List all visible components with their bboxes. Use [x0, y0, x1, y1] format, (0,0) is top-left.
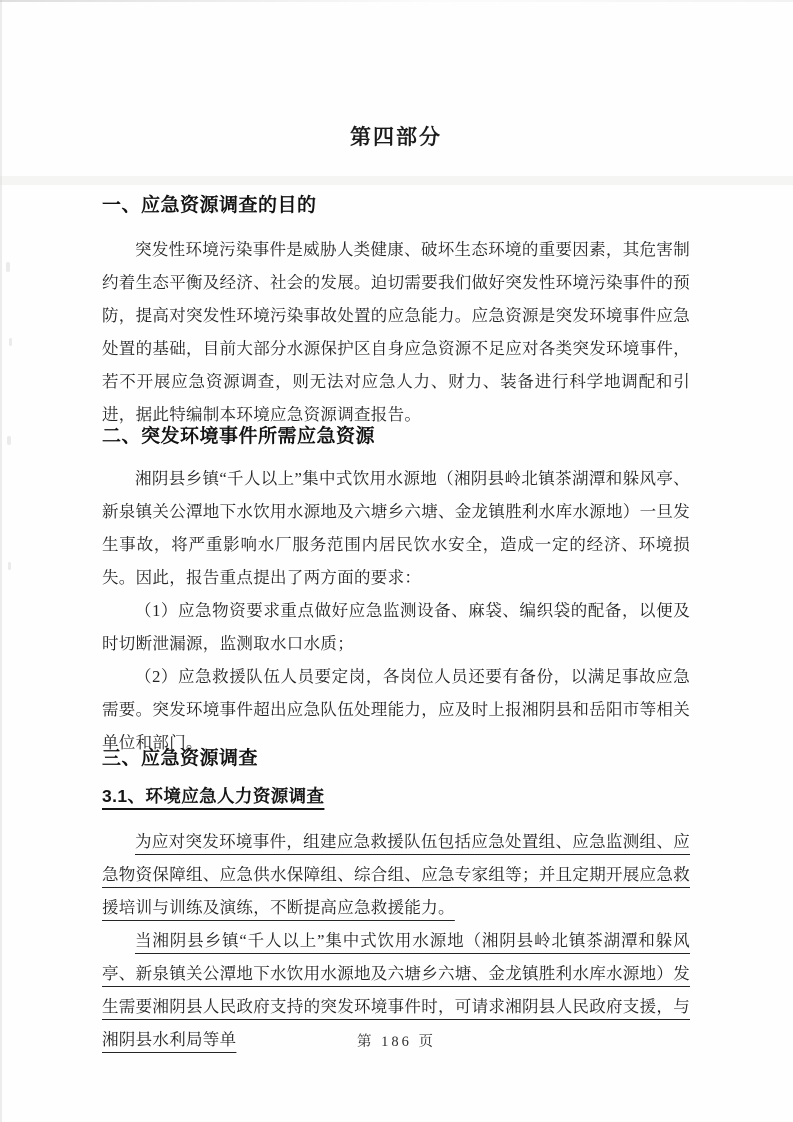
page-number: 第 186 页	[0, 1030, 793, 1051]
section-2-paragraph: 湘阴县乡镇“千人以上”集中式饮用水源地（湘阴县岭北镇茶湖潭和躲风亭、新泉镇关公潭…	[102, 462, 690, 594]
document-content: 第四部分 一、应急资源调查的目的 突发性环境污染事件是威胁人类健康、破坏生态环境…	[0, 0, 793, 1056]
subsection-3-1-heading: 3.1、环境应急人力资源调查	[102, 784, 690, 809]
section-3-heading: 三、应急资源调查	[102, 745, 690, 772]
part-title: 第四部分	[102, 124, 690, 150]
subsection-3-1-paragraph-1: 为应对突发环境事件，组建应急救援队伍包括应急处置组、应急监测组、应急物资保障组、…	[102, 825, 690, 924]
section-2-requirement-1: （1）应急物资要求重点做好应急监测设备、麻袋、编织袋的配备，以便及时切断泄漏源，…	[102, 594, 690, 660]
section-1-paragraph: 突发性环境污染事件是威胁人类健康、破坏生态环境的重要因素，其危害制约着生态平衡及…	[102, 233, 690, 431]
document-page: 第四部分 一、应急资源调查的目的 突发性环境污染事件是威胁人类健康、破坏生态环境…	[0, 0, 793, 1122]
section-1-heading: 一、应急资源调查的目的	[102, 192, 690, 219]
